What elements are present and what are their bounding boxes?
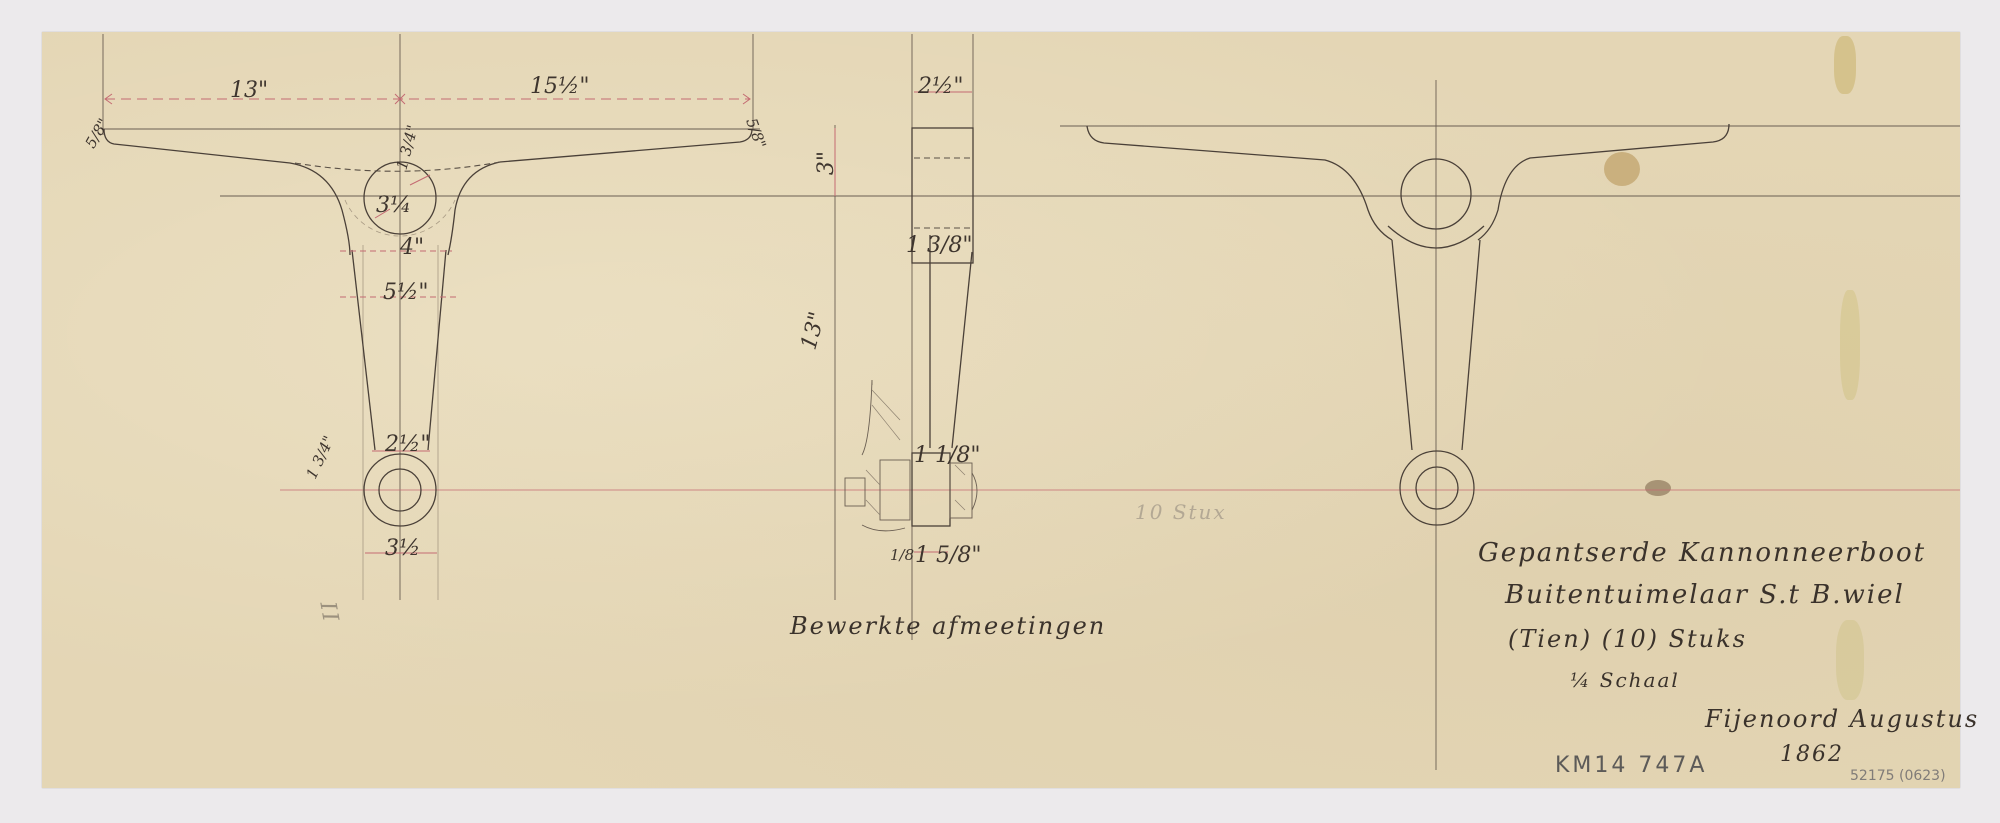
faint-quantity-note: 10 Stux	[1135, 500, 1227, 524]
dim-span-right: 15½"	[530, 76, 589, 98]
title-line-part: Buitentuimelaar S.t B.wiel	[1505, 580, 1905, 610]
title-line-year: 1862	[1780, 742, 1844, 767]
dim-arm-width-top: 5½"	[383, 282, 428, 304]
scan-stage: 13" 15½" 5/8" 5/8" 1 3/4" 3¼ 4" 5½" 2½" …	[0, 0, 2000, 823]
dim-bore-diameter: 3¼	[376, 195, 411, 217]
title-line-quantity: (Tien) (10) Stuks	[1508, 625, 1747, 653]
dim-boss-height: 3"	[816, 151, 838, 175]
dim-washer: 1/8	[890, 548, 914, 563]
caption-machined-dimensions: Bewerkte afmeetingen	[790, 612, 1106, 640]
dim-span-left: 13"	[230, 80, 268, 102]
title-line-scale: ¼ Schaal	[1570, 668, 1680, 692]
technical-drawing	[0, 0, 2000, 823]
title-line-place-date: Fijenoord Augustus	[1705, 705, 1979, 733]
catalog-number: 52175 (0623)	[1850, 768, 1946, 784]
dim-eye-diameter: 3½	[385, 538, 420, 560]
dim-arm-thickness-upper: 1 3/8"	[906, 235, 973, 257]
dim-eye-thickness: 1 5/8"	[915, 545, 982, 567]
front-view-dimensioned	[103, 34, 1960, 600]
dim-hub-width: 4"	[400, 237, 424, 259]
dim-thickness-top: 2½"	[918, 76, 963, 98]
dim-arm-width-bottom: 2½"	[385, 434, 430, 456]
front-view-clean	[1060, 80, 1960, 770]
dim-arm-thickness-lower: 1 1/8"	[914, 445, 981, 467]
inventory-stamp: KM14 747A	[1555, 753, 1707, 778]
faint-margin-mark: II	[315, 600, 343, 625]
title-line-vessel: Gepantserde Kannonneerboot	[1478, 538, 1926, 568]
